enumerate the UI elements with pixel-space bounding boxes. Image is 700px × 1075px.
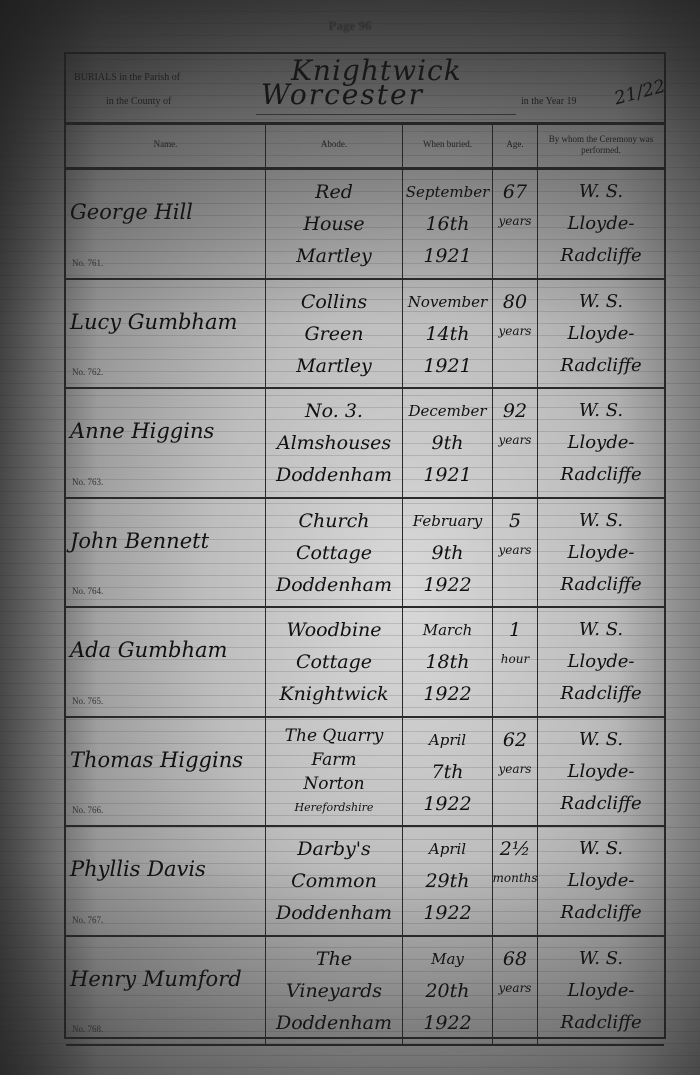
deceased-name: George Hill [70, 200, 193, 224]
entry-number: No. 763. [72, 477, 103, 487]
deceased-name: Ada Gumbham [70, 638, 227, 662]
officiant-cell: W. S.Lloyde-Radcliffe [538, 170, 664, 278]
abode-line: Cottage [296, 537, 372, 569]
age-line: years [499, 427, 532, 453]
page-label: Page 96 [0, 18, 700, 34]
name-cell: Lucy Gumbham No. 762. [66, 280, 266, 388]
officiant-name: W. S.Lloyde-Radcliffe [538, 943, 664, 1039]
age-text: 67years [493, 176, 537, 234]
when-line: 1921 [423, 459, 471, 491]
county-name: Worcester [261, 78, 424, 111]
age-text: 92years [493, 395, 537, 453]
by_whom-line: Lloyde- [568, 646, 635, 678]
officiant-cell: W. S.Lloyde-Radcliffe [538, 718, 664, 826]
abode-line: Cottage [296, 646, 372, 678]
when-buried-cell: May20th1922 [403, 937, 493, 1045]
deceased-name: Henry Mumford [70, 967, 242, 991]
abode-cell: CollinsGreenMartley [266, 280, 403, 388]
when-line: 1922 [423, 897, 471, 929]
entry-number: No. 761. [72, 258, 103, 268]
when-line: December [408, 395, 486, 427]
when-buried-cell: April7th1922 [403, 718, 493, 826]
age-line: months [492, 865, 537, 891]
abode-line: Vineyards [286, 975, 382, 1007]
by_whom-line: Lloyde- [568, 537, 635, 569]
age-cell: 62years [493, 718, 538, 826]
county-underline [256, 114, 516, 115]
by_whom-line: Radcliffe [560, 569, 641, 601]
column-header-by-whom: By whom the Ceremony was performed. [538, 122, 664, 167]
when-line: 9th [432, 537, 464, 569]
by_whom-line: Lloyde- [568, 865, 635, 897]
deceased-name: Phyllis Davis [70, 857, 206, 881]
by_whom-line: Lloyde- [568, 427, 635, 459]
officiant-cell: W. S.Lloyde-Radcliffe [538, 389, 664, 497]
when-line: 7th [432, 756, 464, 788]
abode-cell: The QuarryFarmNortonHerefordshire [266, 718, 403, 826]
deceased-name: Thomas Higgins [70, 748, 243, 772]
officiant-name: W. S.Lloyde-Radcliffe [538, 724, 664, 820]
name-cell: Henry Mumford No. 768. [66, 937, 266, 1045]
age-line: 80 [503, 286, 527, 318]
officiant-name: W. S.Lloyde-Radcliffe [538, 505, 664, 601]
age-line: years [499, 756, 532, 782]
burial-register-table: BURIALS in the Parish of in the County o… [64, 52, 666, 1039]
when-line: April [429, 724, 466, 756]
age-line: hour [501, 646, 529, 672]
officiant-name: W. S.Lloyde-Radcliffe [538, 833, 664, 929]
age-line: 92 [503, 395, 527, 427]
deceased-name: John Bennett [70, 529, 209, 553]
age-text: 68years [493, 943, 537, 1001]
burial-date: September16th1921 [403, 176, 492, 272]
officiant-cell: W. S.Lloyde-Radcliffe [538, 827, 664, 935]
age-line: years [499, 975, 532, 1001]
entry-number: No. 768. [72, 1024, 103, 1034]
abode-line: Almshouses [277, 427, 391, 459]
abode-cell: No. 3.AlmshousesDoddenham [266, 389, 403, 497]
burial-date: March18th1922 [403, 614, 492, 710]
printed-heading-parish: BURIALS in the Parish of [74, 72, 180, 83]
when-line: 16th [425, 208, 469, 240]
when-line: 1922 [423, 788, 471, 820]
abode-line: Darby's [297, 833, 371, 865]
when-line: 1921 [423, 350, 471, 382]
by_whom-line: Radcliffe [560, 350, 641, 382]
burial-date: April7th1922 [403, 724, 492, 820]
by_whom-line: Radcliffe [560, 459, 641, 491]
register-year: 21/22 [612, 76, 668, 110]
abode-line: Herefordshire [295, 796, 374, 820]
age-text: 2½months [493, 833, 537, 891]
abode-cell: ChurchCottageDoddenham [266, 499, 403, 607]
by_whom-line: Radcliffe [560, 788, 641, 820]
burial-date: November14th1921 [403, 286, 492, 382]
name-cell: Ada Gumbham No. 765. [66, 608, 266, 716]
name-cell: John Bennett No. 764. [66, 499, 266, 607]
entry-number: No. 764. [72, 586, 103, 596]
age-cell: 67years [493, 170, 538, 278]
column-header-abode: Abode. [266, 122, 403, 167]
name-cell: Thomas Higgins No. 766. [66, 718, 266, 826]
age-cell: 1hour [493, 608, 538, 716]
abode-line: No. 3. [305, 395, 363, 427]
by_whom-line: Radcliffe [560, 897, 641, 929]
age-text: 62years [493, 724, 537, 782]
age-line: 62 [503, 724, 527, 756]
printed-heading-county: in the County of [106, 96, 171, 107]
by_whom-line: W. S. [579, 286, 623, 318]
when-line: 1922 [423, 569, 471, 601]
column-header-when-buried: When buried. [403, 122, 493, 167]
age-cell: 92years [493, 389, 538, 497]
age-line: years [499, 208, 532, 234]
printed-heading-year: in the Year 19 [521, 96, 577, 107]
by_whom-line: W. S. [579, 724, 623, 756]
abode-line: Farm [311, 748, 356, 772]
by_whom-line: W. S. [579, 943, 623, 975]
name-cell: George Hill No. 761. [66, 170, 266, 278]
abode-text: No. 3.AlmshousesDoddenham [266, 395, 402, 491]
age-line: 1 [509, 614, 521, 646]
officiant-cell: W. S.Lloyde-Radcliffe [538, 280, 664, 388]
entry-number: No. 762. [72, 367, 103, 377]
register-entry-row: Ada Gumbham No. 765. WoodbineCottageKnig… [66, 608, 664, 718]
deceased-name: Anne Higgins [70, 419, 214, 443]
abode-line: Doddenham [276, 459, 392, 491]
officiant-cell: W. S.Lloyde-Radcliffe [538, 937, 664, 1045]
column-header-name: Name. [66, 122, 266, 167]
officiant-name: W. S.Lloyde-Radcliffe [538, 286, 664, 382]
by_whom-line: W. S. [579, 505, 623, 537]
age-cell: 2½months [493, 827, 538, 935]
abode-line: Red [315, 176, 353, 208]
register-entry-row: Phyllis Davis No. 767. Darby'sCommonDodd… [66, 827, 664, 937]
when-line: 20th [425, 975, 469, 1007]
abode-text: The QuarryFarmNortonHerefordshire [266, 724, 402, 820]
burial-date: February9th1922 [403, 505, 492, 601]
entry-number: No. 765. [72, 696, 103, 706]
abode-text: TheVineyardsDoddenham [266, 943, 402, 1039]
by_whom-line: Lloyde- [568, 318, 635, 350]
by_whom-line: Lloyde- [568, 975, 635, 1007]
register-entry-row: Lucy Gumbham No. 762. CollinsGreenMartle… [66, 280, 664, 390]
officiant-cell: W. S.Lloyde-Radcliffe [538, 608, 664, 716]
when-line: April [429, 833, 466, 865]
when-line: September [406, 176, 490, 208]
abode-cell: WoodbineCottageKnightwick [266, 608, 403, 716]
age-line: 68 [503, 943, 527, 975]
abode-line: Woodbine [287, 614, 382, 646]
when-line: 14th [425, 318, 469, 350]
abode-line: The [316, 943, 352, 975]
age-line: years [499, 537, 532, 563]
age-line: 5 [509, 505, 521, 537]
when-line: November [408, 286, 487, 318]
burial-date: December9th1921 [403, 395, 492, 491]
abode-line: Doddenham [276, 897, 392, 929]
when-buried-cell: September16th1921 [403, 170, 493, 278]
abode-cell: TheVineyardsDoddenham [266, 937, 403, 1045]
entry-number: No. 767. [72, 915, 103, 925]
abode-line: Norton [303, 772, 364, 796]
abode-text: WoodbineCottageKnightwick [266, 614, 402, 710]
abode-line: Martley [296, 350, 372, 382]
abode-line: House [303, 208, 364, 240]
age-line: years [499, 318, 532, 344]
age-line: 67 [503, 176, 527, 208]
abode-cell: RedHouseMartley [266, 170, 403, 278]
abode-line: Doddenham [276, 1007, 392, 1039]
register-heading: BURIALS in the Parish of in the County o… [66, 54, 664, 125]
when-line: 1921 [423, 240, 471, 272]
by_whom-line: Radcliffe [560, 1007, 641, 1039]
register-entry-row: George Hill No. 761. RedHouseMartley Sep… [66, 170, 664, 280]
by_whom-line: W. S. [579, 395, 623, 427]
by_whom-line: W. S. [579, 614, 623, 646]
by_whom-line: W. S. [579, 176, 623, 208]
abode-line: The Quarry [285, 724, 384, 748]
burial-date: April29th1922 [403, 833, 492, 929]
abode-line: Common [291, 865, 377, 897]
age-text: 1hour [493, 614, 537, 672]
burial-date: May20th1922 [403, 943, 492, 1039]
register-entry-row: Henry Mumford No. 768. TheVineyardsDodde… [66, 937, 664, 1047]
entry-number: No. 766. [72, 805, 103, 815]
when-line: March [423, 614, 473, 646]
when-line: 29th [425, 865, 469, 897]
by_whom-line: Radcliffe [560, 240, 641, 272]
when-buried-cell: March18th1922 [403, 608, 493, 716]
abode-text: ChurchCottageDoddenham [266, 505, 402, 601]
when-buried-cell: November14th1921 [403, 280, 493, 388]
abode-cell: Darby'sCommonDoddenham [266, 827, 403, 935]
age-cell: 5years [493, 499, 538, 607]
register-entry-row: Thomas Higgins No. 766. The QuarryFarmNo… [66, 718, 664, 828]
register-entry-row: Anne Higgins No. 763. No. 3.AlmshousesDo… [66, 389, 664, 499]
abode-text: CollinsGreenMartley [266, 286, 402, 382]
age-text: 80years [493, 286, 537, 344]
officiant-name: W. S.Lloyde-Radcliffe [538, 395, 664, 491]
abode-line: Doddenham [276, 569, 392, 601]
abode-line: Collins [301, 286, 367, 318]
when-buried-cell: February9th1922 [403, 499, 493, 607]
when-buried-cell: April29th1922 [403, 827, 493, 935]
name-cell: Anne Higgins No. 763. [66, 389, 266, 497]
by_whom-line: W. S. [579, 833, 623, 865]
abode-text: Darby'sCommonDoddenham [266, 833, 402, 929]
register-entry-row: John Bennett No. 764. ChurchCottageDodde… [66, 499, 664, 609]
abode-line: Church [299, 505, 370, 537]
when-line: May [431, 943, 464, 975]
when-buried-cell: December9th1921 [403, 389, 493, 497]
by_whom-line: Radcliffe [560, 678, 641, 710]
officiant-cell: W. S.Lloyde-Radcliffe [538, 499, 664, 607]
by_whom-line: Lloyde- [568, 756, 635, 788]
abode-text: RedHouseMartley [266, 176, 402, 272]
abode-line: Martley [296, 240, 372, 272]
abode-line: Green [305, 318, 364, 350]
officiant-name: W. S.Lloyde-Radcliffe [538, 614, 664, 710]
age-cell: 68years [493, 937, 538, 1045]
officiant-name: W. S.Lloyde-Radcliffe [538, 176, 664, 272]
when-line: 9th [432, 427, 464, 459]
abode-line: Knightwick [279, 678, 388, 710]
by_whom-line: Lloyde- [568, 208, 635, 240]
when-line: February [413, 505, 483, 537]
name-cell: Phyllis Davis No. 767. [66, 827, 266, 935]
age-cell: 80years [493, 280, 538, 388]
when-line: 1922 [423, 678, 471, 710]
when-line: 1922 [423, 1007, 471, 1039]
deceased-name: Lucy Gumbham [70, 310, 237, 334]
age-line: 2½ [500, 833, 531, 865]
age-text: 5years [493, 505, 537, 563]
when-line: 18th [425, 646, 469, 678]
column-header-age: Age. [493, 122, 538, 167]
